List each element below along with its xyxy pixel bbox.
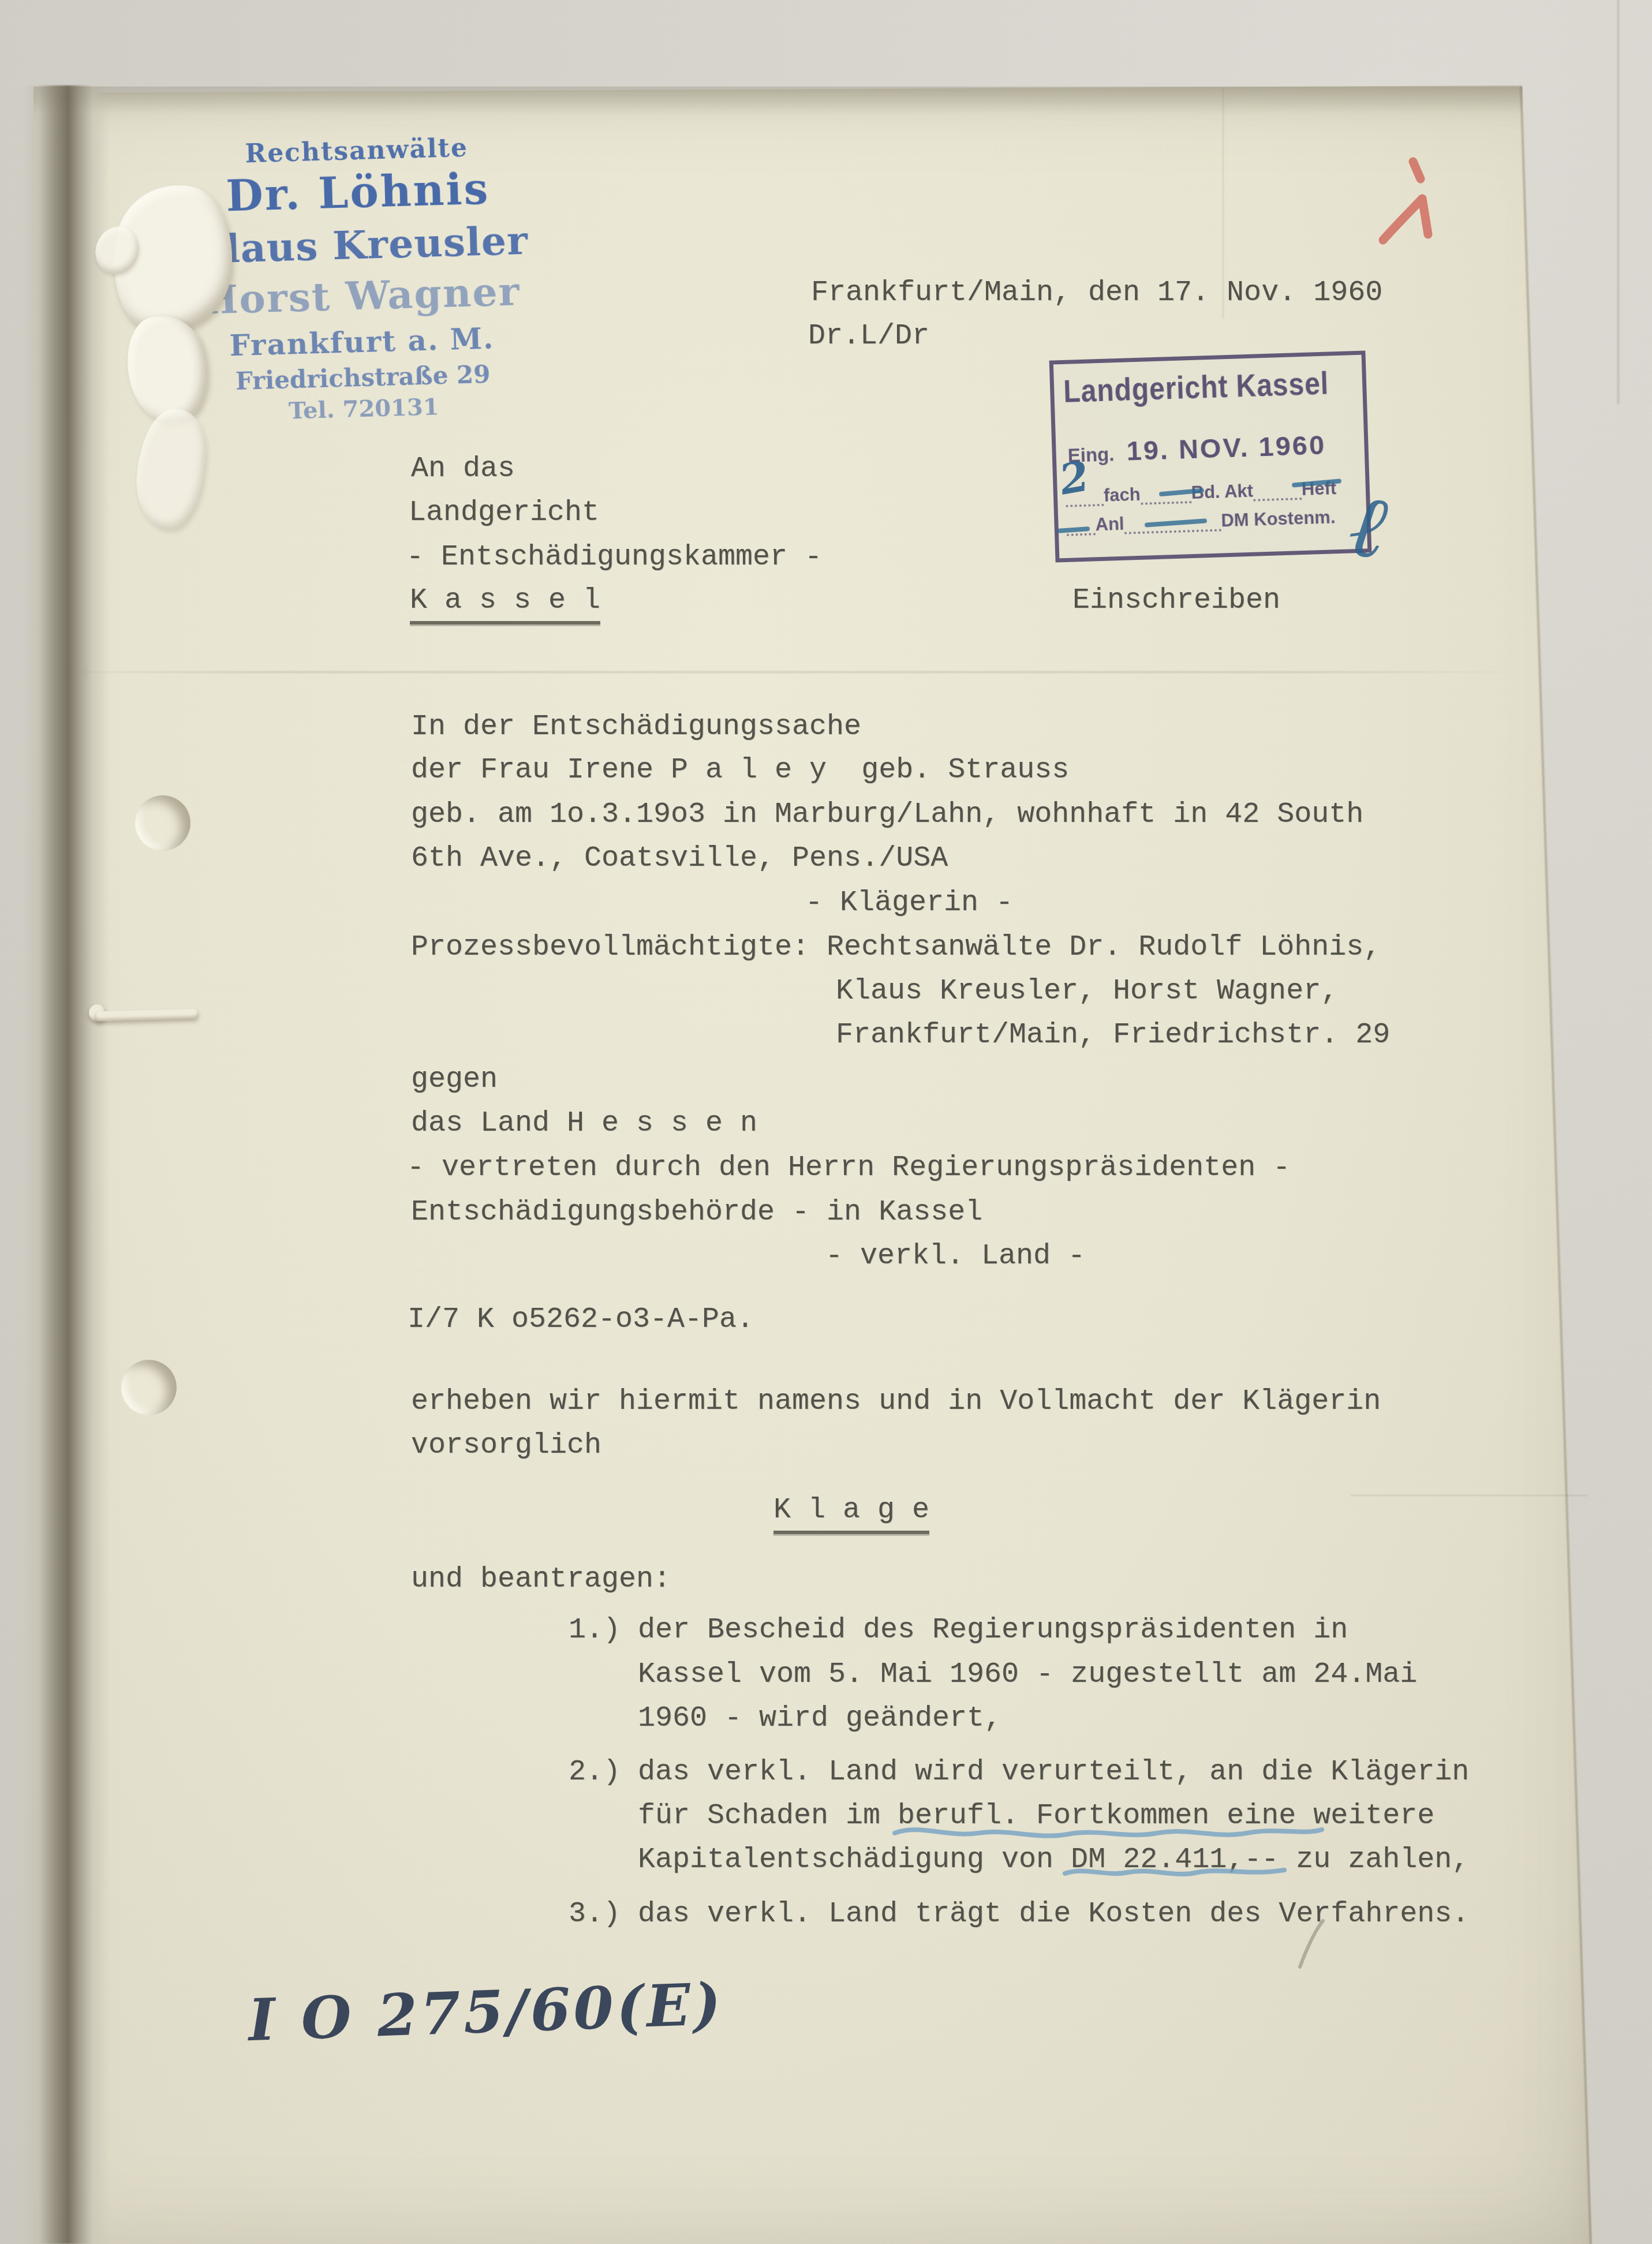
attorneys-line-1: Prozessbevollmächtigte: Rechtsanwälte Dr… — [411, 933, 1381, 962]
attorneys-line-2: Klaus Kreusler, Horst Wagner, — [836, 977, 1338, 1006]
receipt-stamp-row-2: Anl DM Kostenm. — [1066, 506, 1361, 536]
defendant-authority: Entschädigungsbehörde - in Kassel — [411, 1198, 982, 1227]
klage-heading: K l a g e — [773, 1496, 929, 1534]
recipient-line-1: An das — [411, 455, 515, 484]
punch-hole-bottom — [121, 1360, 177, 1415]
diktat-sign: Dr.L/Dr — [808, 322, 929, 351]
dateline: Frankfurt/Main, den 17. Nov. 1960 — [811, 279, 1382, 308]
delivery-mode: Einschreiben — [1072, 586, 1280, 615]
backing-crease — [1617, 0, 1619, 404]
recipient-city: K a s s e l — [410, 586, 600, 624]
claimant-address: 6th Ave., Coatsville, Pens./USA — [411, 844, 948, 873]
receipt-stamp-date: 19. NOV. 1960 — [1126, 429, 1326, 467]
red-page-number-mark — [1373, 148, 1442, 252]
scanned-document: Rechtsanwälte Dr. Löhnis Klaus Kreusler … — [0, 0, 1652, 2244]
fach-label: fach — [1103, 484, 1141, 506]
pencil-tick-mark — [1293, 1916, 1333, 1974]
petition-1-line-3: 1960 - wird geändert, — [638, 1704, 1001, 1733]
blue-wavy-underlines — [889, 1818, 1339, 1887]
versus: gegen — [411, 1065, 498, 1094]
petition-2-line-1: 2.) das verkl. Land wird verurteilt, an … — [569, 1758, 1469, 1787]
handwritten-case-number: I O 275/60(E) — [248, 1975, 725, 2049]
court-receipt-stamp: Landgericht Kassel Eing. 19. NOV. 1960 f… — [1049, 350, 1372, 562]
petition-intro: und beantragen: — [411, 1565, 671, 1594]
defendant-name: das Land H e s s e n — [411, 1109, 757, 1138]
petition-1-line-2: Kassel vom 5. Mai 1960 - zugestellt am 2… — [638, 1660, 1417, 1689]
petition-3-line-1: 3.) das verkl. Land trägt die Kosten des… — [569, 1900, 1469, 1929]
file-reference: I/7 K o5262-o3-A-Pa. — [408, 1306, 754, 1334]
attorneys-line-3: Frankfurt/Main, Friedrichstr. 29 — [836, 1021, 1390, 1050]
defendant-rep: - vertreten durch den Herrn Regierungspr… — [407, 1154, 1290, 1183]
punch-hole-top — [135, 795, 190, 851]
anl-blank-line — [1066, 515, 1096, 536]
claimant-role: - Klägerin - — [805, 889, 1013, 918]
binding-edge-shadow — [23, 85, 110, 2244]
opening-line-2: vorsorglich — [411, 1431, 601, 1460]
recipient-line-3: - Entschädigungskammer - — [406, 543, 822, 572]
opening-line-1: erheben wir hiermit namens und in Vollma… — [411, 1387, 1381, 1416]
letterhead-city: Frankfurt a. M. — [152, 319, 571, 365]
recipient-line-2: Landgericht — [409, 499, 599, 528]
claimant-name: der Frau Irene P a l e y geb. Strauss — [411, 756, 1069, 785]
anl-label: Anl — [1095, 514, 1124, 536]
defendant-role: - verkl. Land - — [825, 1242, 1085, 1271]
dm-label: DM Kostenm. — [1221, 507, 1336, 531]
claimant-birth: geb. am 1o.3.19o3 in Marburg/Lahn, wohnh… — [411, 801, 1363, 829]
receipt-stamp-court-name: Landgericht Kassel — [1063, 364, 1329, 410]
petition-1-line-1: 1.) der Bescheid des Regierungspräsident… — [569, 1616, 1348, 1645]
case-intro: In der Entschädigungssache — [411, 713, 861, 742]
